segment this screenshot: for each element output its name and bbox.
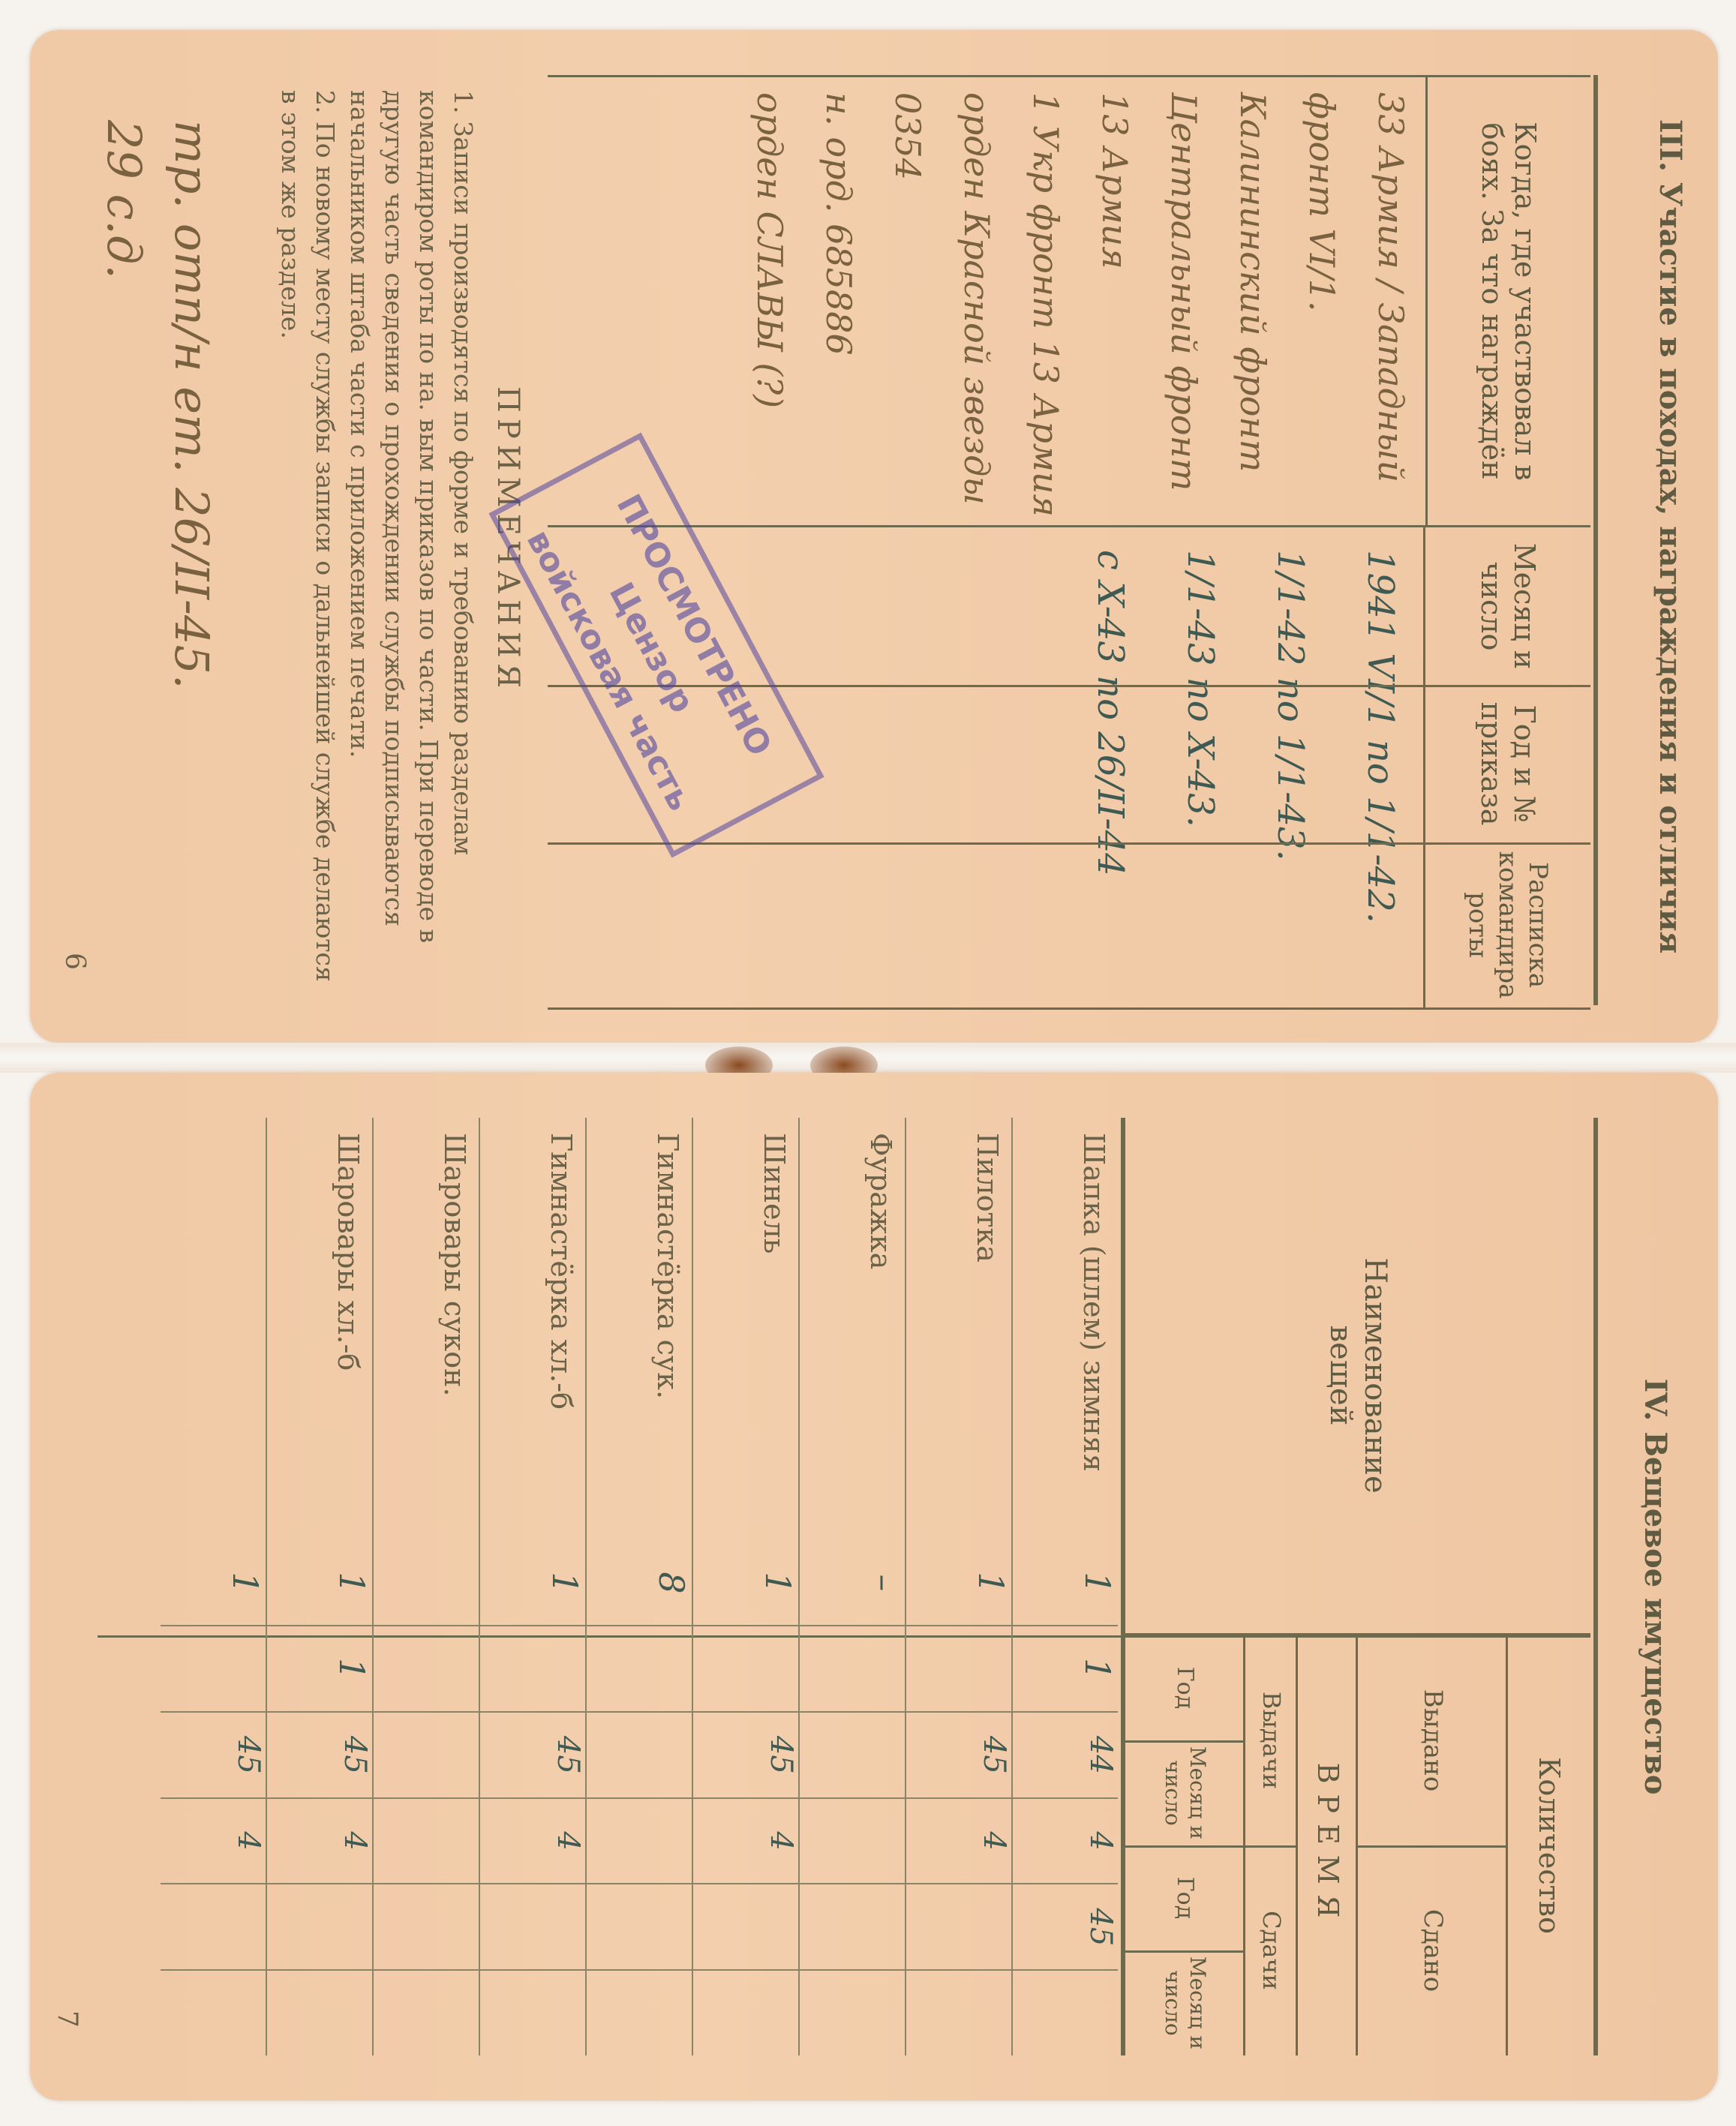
issued: 8 (587, 1540, 692, 1626)
return-year (267, 1884, 372, 1971)
issued (374, 1540, 479, 1626)
issued: 1 (267, 1540, 372, 1626)
issue-year: 45 (161, 1713, 266, 1799)
issue-date: 4 (1013, 1799, 1118, 1885)
table-row: 1 45 4 (161, 1118, 266, 2055)
awards-table: Когда, где участвовал в боях. За что наг… (548, 75, 1590, 1010)
note-item: 1. Записи производятся по форме и требов… (342, 90, 480, 998)
item-name: Фуражка (800, 1118, 905, 1540)
footer-line: 29 с.д. (90, 120, 158, 983)
returned (480, 1626, 585, 1713)
return-date (374, 1971, 479, 2055)
issue-year (587, 1713, 692, 1799)
return-year (374, 1884, 479, 1971)
issued: – (800, 1540, 905, 1626)
issue-date: 4 (161, 1799, 266, 1885)
section-title: III. Участие в походах, награждения и от… (1653, 60, 1688, 1013)
table-row: Гимнастёрка сук. 8 (585, 1118, 692, 2055)
row-period: 1941 VI/1 по 1/1-42. (1335, 550, 1425, 1007)
return-year (480, 1884, 585, 1971)
issue-year (800, 1713, 905, 1799)
return-date (267, 1971, 372, 2055)
returned (800, 1626, 905, 1713)
issue-date (374, 1799, 479, 1885)
section-title: IV. Вещевое имущество (1638, 1103, 1673, 2070)
row-what: н. орд. 685886 (804, 92, 873, 525)
handwritten-footer: тр. отп/н ет. 26/II-45. 29 с.д. (90, 120, 225, 983)
returned (587, 1626, 692, 1713)
col-header-return-year: Год (1125, 1845, 1245, 1953)
return-date (906, 1971, 1011, 2055)
issue-year: 44 (1013, 1713, 1118, 1799)
row-period: 1/1-42 по 1/1-43. (1245, 550, 1335, 1007)
page-number: 7 (52, 2010, 83, 2028)
table-row: Фуражка – (798, 1118, 905, 2055)
row-period: 1/1-43 по X-43. (1155, 550, 1245, 1007)
item-name: Шаровары хл.-б (267, 1118, 372, 1540)
issue-date: 4 (267, 1799, 372, 1885)
row-what: Калининский фронт (1218, 92, 1287, 525)
table-row: Пилотка 1 45 4 (905, 1118, 1011, 2055)
returned: 1 (1013, 1626, 1118, 1713)
item-name: Гимнастёрка сук. (587, 1118, 692, 1540)
note-item: 2. По новому месту службы записи о дальн… (273, 90, 342, 998)
returned (906, 1626, 1011, 1713)
col-header-issue-time: Выдачи (1243, 1635, 1298, 1848)
return-year (800, 1884, 905, 1971)
return-year: 45 (1013, 1884, 1118, 1971)
col-header-quantity: Количество (1506, 1635, 1590, 2055)
issued: 1 (693, 1540, 798, 1626)
col-header-return-time: Сдачи (1243, 1845, 1298, 2055)
issued: 1 (161, 1540, 266, 1626)
issue-date: 4 (693, 1799, 798, 1885)
col-header-return-date: Месяц и число (1125, 1950, 1245, 2055)
col-header-returned: Сдано (1356, 1845, 1508, 2055)
item-name: Гимнастёрка хл.-б (480, 1118, 585, 1540)
table-row: Шаровары хл.-б 1 1 45 4 (266, 1118, 372, 2055)
return-date (1013, 1971, 1118, 2055)
issue-year: 45 (480, 1713, 585, 1799)
title-rule (1593, 1118, 1598, 2055)
returned (161, 1626, 266, 1713)
issue-year (374, 1713, 479, 1799)
title-rule (1593, 75, 1598, 1005)
returned (693, 1626, 798, 1713)
table-row: Шаровары сукон. (372, 1118, 479, 2055)
header-rule (1121, 1118, 1125, 2055)
item-name (161, 1118, 266, 1540)
issue-year: 45 (267, 1713, 372, 1799)
col-header-month: Месяц и число (1423, 527, 1590, 687)
row-what: 33 Армия / Западный фронт VI/1. (1287, 92, 1425, 525)
row-what: орден Красной звезды 0354 (873, 92, 1011, 525)
row-what: 1 Укр фронт 13 Армия (1011, 92, 1080, 525)
col-header-issued: Выдано (1356, 1635, 1508, 1848)
row-what: орден СЛАВЫ (?) (735, 92, 804, 525)
page-7: IV. Вещевое имущество Наименование вещей… (30, 1073, 1718, 2100)
table-row: Гимнастёрка хл.-б 1 45 4 (479, 1118, 585, 2055)
notes-body: 1. Записи производятся по форме и требов… (273, 90, 480, 998)
page-6: III. Участие в походах, награждения и от… (30, 30, 1718, 1043)
issue-date: 4 (480, 1799, 585, 1885)
property-rows: Шапка (шлем) зимняя 1 1 44 4 45 Пилотка … (161, 1118, 1118, 2055)
page-number: 6 (59, 953, 90, 970)
return-date (800, 1971, 905, 2055)
return-date (161, 1971, 266, 2055)
footer-line: тр. отп/н ет. 26/II-45. (158, 120, 225, 983)
returned: 1 (267, 1626, 372, 1713)
property-table: Наименование вещей Количество Выдано Сда… (98, 1118, 1590, 2055)
issue-date: 4 (906, 1799, 1011, 1885)
row-what: Центральный фронт 13 Армия (1080, 92, 1218, 525)
issue-date (587, 1799, 692, 1885)
issued: 1 (906, 1540, 1011, 1626)
return-date (693, 1971, 798, 2055)
return-date (587, 1971, 692, 2055)
col-header-signature: Расписка командира роты (1423, 842, 1590, 1007)
issued: 1 (480, 1540, 585, 1626)
item-name: Шапка (шлем) зимняя (1013, 1118, 1118, 1540)
issued: 1 (1013, 1540, 1118, 1626)
col-header-issue-date: Месяц и число (1125, 1740, 1245, 1848)
return-year (161, 1884, 266, 1971)
return-year (587, 1884, 692, 1971)
item-name: Шинель (693, 1118, 798, 1540)
awards-what-column: 33 Армия / Западный фронт VI/1. Калининс… (548, 77, 1425, 527)
issue-date (800, 1799, 905, 1885)
col-header-time: ВРЕМЯ (1296, 1635, 1358, 2055)
col-header-name: Наименование вещей (1125, 1118, 1590, 1635)
table-row: Шинель 1 45 4 (692, 1118, 798, 2055)
return-year (906, 1884, 1011, 1971)
issue-year: 45 (906, 1713, 1011, 1799)
returned (374, 1626, 479, 1713)
item-name: Пилотка (906, 1118, 1011, 1540)
row-period: с X-43 по 26/II-44 (1065, 550, 1155, 1007)
return-year (693, 1884, 798, 1971)
return-date (480, 1971, 585, 2055)
col-header-what: Когда, где участвовал в боях. За что наг… (1425, 77, 1590, 527)
table-row: Шапка (шлем) зимняя 1 1 44 4 45 (1011, 1118, 1118, 2055)
issue-year: 45 (693, 1713, 798, 1799)
col-header-issue-year: Год (1125, 1635, 1245, 1743)
item-name: Шаровары сукон. (374, 1118, 479, 1540)
col-header-order: Год и № приказа (1423, 685, 1590, 845)
